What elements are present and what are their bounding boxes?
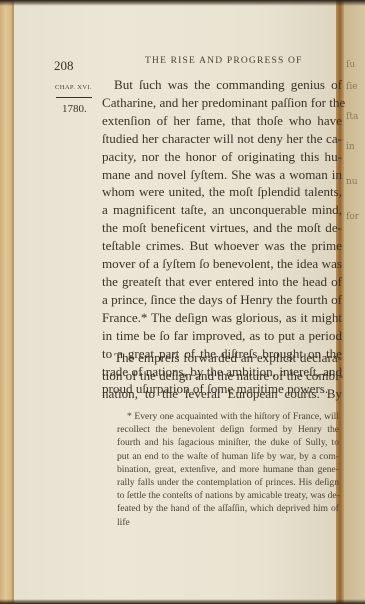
footnote-line: put an end to the waſte of human life by…	[117, 450, 339, 463]
footnote-line: recollect the benevolent deſign formed b…	[117, 423, 339, 436]
text-line: ſtudied her character will not deny her …	[102, 130, 342, 148]
text-line: nation, to the ſeveral European courts. …	[102, 385, 342, 403]
footnote-line: to ſettle the conteſts of nations by ami…	[117, 489, 339, 502]
text-line: Catharine, and her predominant paſſion f…	[102, 94, 342, 112]
text-line: The empreſs forwarded an explicit declar…	[102, 349, 342, 367]
footnote-line: fourth and his ſagacious miniſter, the d…	[117, 436, 339, 449]
text-line: mane and novel ſyſtem. She was a woman i…	[102, 166, 342, 184]
top-shadow	[0, 0, 365, 6]
page-number: 208	[54, 58, 74, 74]
text-line: a magnificent taſte, an unconquerable mi…	[102, 201, 342, 219]
footnote-line: life	[117, 516, 339, 529]
left-page-edges	[0, 0, 14, 604]
book-scan: ſu ſie ſta in nu for 208 THE RISE AND PR…	[0, 0, 365, 604]
text-line: pacity, nor the honor of originating thi…	[102, 148, 342, 166]
text-line: France.* The deſign was glorious, as it …	[102, 309, 342, 327]
text-line: in time be ſo far improved, as to put a …	[102, 327, 342, 345]
footnote-line: * Every one acquainted with the hiſtory …	[117, 410, 339, 423]
text-line: extenſion of her fame, that thoſe who ha…	[102, 112, 342, 130]
text-line: whom were united, the moſt ſplendid tale…	[102, 183, 342, 201]
footnote-line: bination, great, extenſive, and more hum…	[117, 463, 339, 476]
paragraph-2: The empreſs forwarded an explicit declar…	[102, 349, 342, 403]
sidenote-year: 1780.	[62, 103, 87, 115]
text-line: But ſuch was the commanding genius of	[102, 76, 342, 94]
text-line: a prince, ſince the days of Henry the fo…	[102, 291, 342, 309]
footnote: * Every one acquainted with the hiſtory …	[117, 410, 339, 529]
bottom-shadow	[0, 599, 365, 604]
footnote-line: rally falls under the contemplation of p…	[117, 476, 339, 489]
running-head: THE RISE AND PROGRESS OF	[145, 56, 303, 66]
text-line: the moſt beneficent virtues, and the moſ…	[102, 219, 342, 237]
sidenote-chapter: CHAP. XVI.	[55, 84, 92, 91]
facing-page-edge: ſu ſie ſta in nu for	[344, 0, 365, 604]
text-line: teſtable crimes. But whoever was the pri…	[102, 237, 342, 255]
text-line: mover of a ſyſtem ſo benevolent, the ide…	[102, 255, 342, 273]
text-line: tion of the deſign and the nature of the…	[102, 367, 342, 385]
footnote-line: feated by the hand of the aſſaſſin, whic…	[117, 502, 339, 515]
text-line: the greateſt that ever entered into the …	[102, 273, 342, 291]
sidenote-rule	[56, 97, 92, 98]
